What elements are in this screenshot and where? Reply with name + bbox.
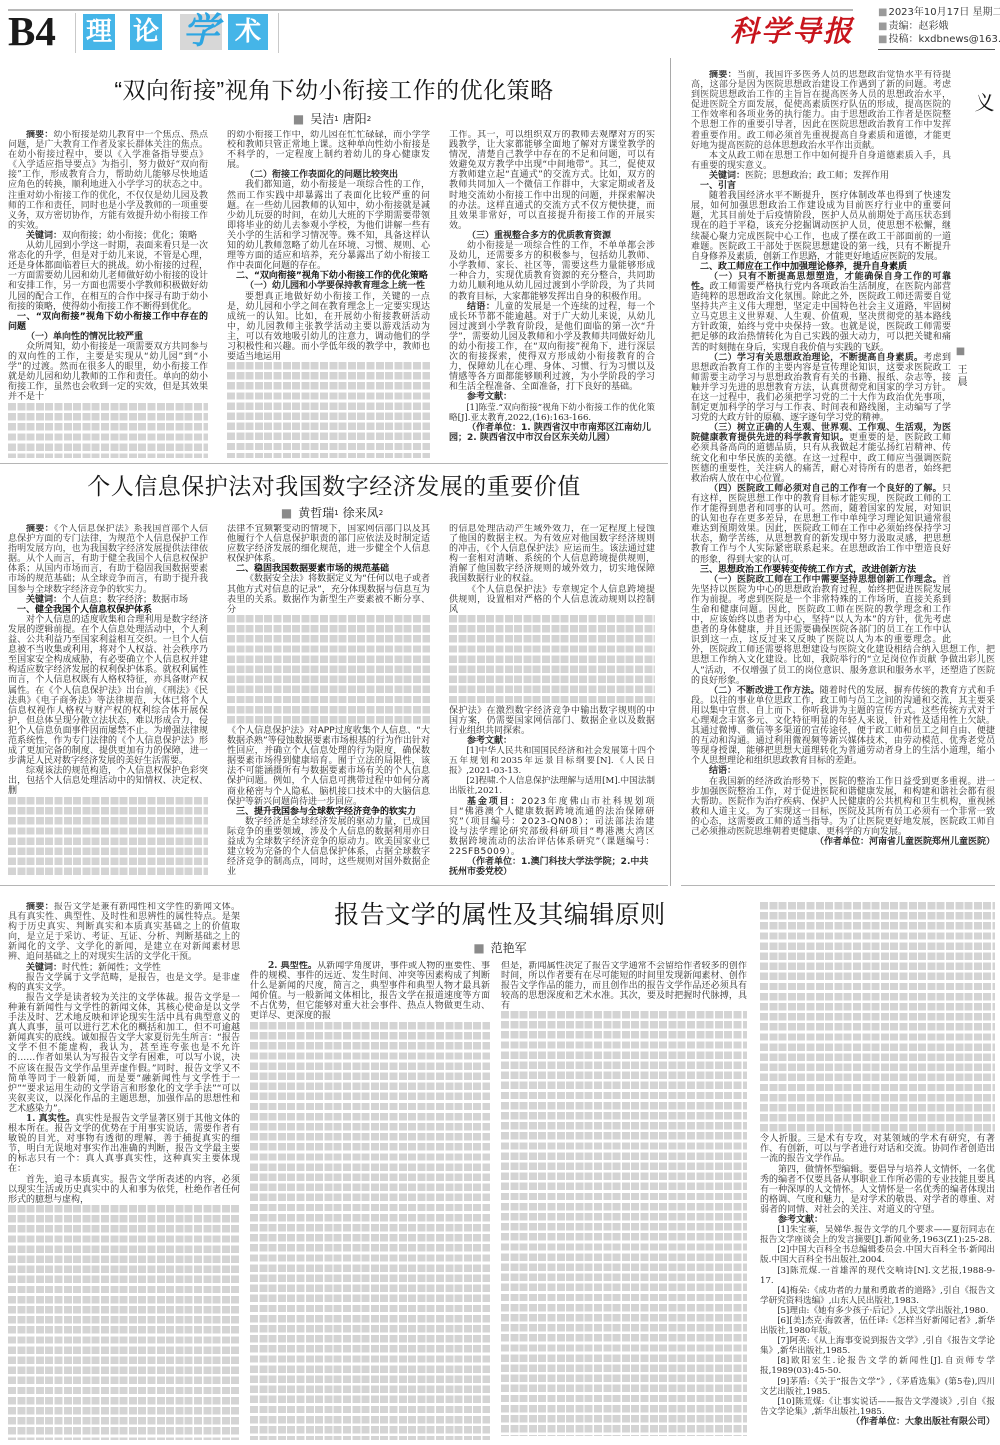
paragraph-text: 政工师需要严格执行党内各项政治生活制度，在医院内部营造纯粹的思想政治文化氛围。除… [691,282,951,353]
editor-credit: ■责编：赵彩娥 [878,20,995,34]
labeled-paragraph: 2. 典型性。从新闻学角度讲，事件或人物的重要性、事件的规模、事件的远近、发生时… [250,961,490,1022]
paragraph-text: （作者单位：1. 陕西省汉中市南郑区江南幼儿园；2. 陕西省汉中市汉台区东关幼儿… [449,423,651,443]
reference-item: [6][美]杰克·海敦著，伍任译:《怎样当好新闻记者》,新华出版社,1980年版… [760,1316,995,1336]
submission-email: ■投稿：kxdbnews@163.com [878,33,995,47]
section-badge-char-stylized: 学 [180,14,222,50]
reference-item: [5]理由:《她有多少孩子·后记》,人民文学出版社,1980. [760,1306,995,1316]
paragraph-text: 三、提升我国参与全球数字经济竞争的软实力 [236,807,416,817]
paragraph-text: 医院；思想政治；政工师；发挥作用 [745,171,889,181]
paragraph-text: （作者单位：大象出版社有限公司） [851,1417,995,1427]
paragraph-text: 本文从政工师在思想工作中如何提升自身道德素质入手，具有重要的现实意义。 [691,151,951,171]
section-heading: 二、“双向衔接”视角下幼小衔接工作的优化策略 [227,271,430,281]
paragraph-label: 摘要： [26,524,54,534]
paragraph-label: （四）医院政工师必须对自己的工作有一个良好的了解。 [709,484,942,494]
paragraph-text: 报告文学是读者较为关注的文学体裁。报告文学是一种兼有新闻性与文学性的新闻文体，其… [8,993,240,1114]
author-name: 吴洁 [310,112,334,126]
body-paragraph-continued: 的信息处理活动产生域外效力，在一定程度上侵蚀了他国的数据主权。为有效应对他国数字… [449,524,655,585]
illegible-text-block [8,1205,240,1440]
references-heading: 参考文献： [449,392,655,402]
paragraph-text: 工作。其一，可以组织双方的教师去观摩对方的实践教学，让大家都能够全面地了解对方课… [449,130,655,231]
author-affiliation-marker: 1 [334,509,338,517]
text-column: 摘要：幼小衔接是幼儿教育中一个焦点、热点问题，是广大教育工作者及家长群体关注的焦… [8,130,208,458]
body-paragraph: 随着我国经济水平不断提升，医疗体制改革也得到了快速发展，如何加强思想政治工作建设… [691,191,995,262]
illegible-text-block [8,403,208,458]
illegible-text-block [227,615,430,726]
body-paragraph-continued: 的幼小衔接工作中，幼儿园在忙忙碌碌，而小学学校和教师只管正常地上课。这种单向性幼… [227,130,430,170]
article-byline: ■ 王晨 [955,346,966,388]
article-hospital-political-work: ■ 王晨 浅谈政工师在医院思想政治工作中不断提升自身素质的意义 摘要：当前，我国… [691,70,995,878]
section-badge-char: 术 [228,14,268,50]
text-column: 但是，新闻属性决定了报告文学通常不会留给作者较多的创作时间，所以作者要有在尽可能… [501,961,747,1440]
paragraph-label: 关键词： [26,963,62,973]
body-paragraph-continued: 法律不宜频繁变动的情境下，国家网信部门以及其他履行个人信息保护职责的部门应依法及… [227,524,430,564]
text-column: 的信息处理活动产生域外效力，在一定程度上侵蚀了他国的数据主权。为有效应对他国数字… [449,524,655,876]
bullet-square-icon: ■ [878,34,887,45]
paragraph-text: 参考文献： [467,736,512,746]
newspaper-page: B4 理 论 学 术 科学导报 ■2023年10月17日 星期二 ■责编：赵彩娥… [0,0,1000,1445]
references-heading: 参考文献： [760,1215,995,1225]
author-affiliation-marker: 2 [379,509,383,517]
article-byline: ■范艳军 [250,941,750,955]
text-column: 摘要：报告文学是兼有新闻性和文学性的新闻文体。具有真实性、典型性、及时性和思辨性… [8,902,240,1440]
keywords: 关键词：时代性；新闻性；文学性 [8,963,240,973]
paragraph-text: 令人折服。三是术有专攻，对某领域的学术有研究，有著作、有创新，可以与学者进行对话… [760,1134,995,1164]
paragraph-text: 随着时代的发展，摒弃传统的教育方式和手段。以往的事业单位思政工作，政工师与员工之… [691,686,995,767]
body-paragraph: 《数据安全法》将数据定义为“任何以电子或者其他方式对信息的记录”，充分体现数据与… [227,574,430,614]
top-rule [8,9,853,11]
author-name: 黄哲瑞 [298,506,334,520]
abstract: 摘要：报告文学是兼有新闻性和文学性的新闻文体。具有真实性、典型性、及时性和思辨性… [8,902,240,963]
paragraph-text: 的幼小衔接工作中，幼儿园在忙忙碌碌，而小学学校和教师只管正常地上课。这种单向性幼… [227,130,430,170]
article-divider [681,885,995,886]
labeled-paragraph: （四）医院政工师必须对自己的工作有一个良好的了解。只有这样，医院思想工作中的教育… [691,484,995,565]
labeled-paragraph: （二）学习有关思想政治理论，不断提高自身素质。考虑到思想政治教育工作的主要内容是… [691,353,995,424]
paragraph-text: 幼小衔接是幼儿教育中一个焦点、热点问题，是广大教育工作者及家长群体关注的焦点。在… [8,130,208,231]
paragraph-text: 真实性是报告文学显著区别于其他文体的根本所在。报告文学的优势在于用事实说话，需要… [8,1114,240,1174]
paragraph-text: [8]欧阳宏生.论报告文学的新闻性[J].自贡师专学报,1989(03):45-… [760,1356,995,1376]
paragraph-text: [9]茅盾:《关于“报告文学”》,《茅盾选集》(第5卷),四川文艺出版社,198… [760,1377,995,1397]
labeled-paragraph: （二）不断改进工作方法。随着时代的发展，摒弃传统的教育方式和手段。以往的事业单位… [691,686,995,767]
paragraph-label: （一）医院政工师在工作中需要坚持思想创新工作理念。 [709,575,942,585]
body-paragraph: 报告文学是读者较为关注的文学体裁。报告文学是一种兼有新闻性与文学性的新闻文体，其… [8,993,240,1114]
author-affiliation-marker: 1 [334,115,338,123]
bullet-square-icon: ■ [281,506,292,520]
article-title: 浅谈政工师在医院思想政治工作中不断提升自身素质的意义 [970,92,995,642]
author-affiliation-marker: 2 [367,115,371,123]
paragraph-label: （二）不断改进工作方法。 [709,686,820,696]
body-paragraph-continued: 但是，新闻属性决定了报告文学通常不会留给作者较多的创作时间，所以作者要有在尽可能… [501,961,747,1011]
paragraph-text: 众所周知，幼小衔接是一项需要双方共同参与的双向性的工作，主要是实现从“幼儿园”到… [8,342,208,402]
labeled-paragraph: （三）树立正确的人生观、世界观、工作观、生活观，为医院健康教育提供先进的科学教育… [691,423,995,484]
paragraph-text: （作者单位：河南省儿童医院郑州儿童医院） [815,837,995,847]
article-byline: ■黄哲瑞1徐来凤2 [0,506,668,520]
paragraph-text: 一、“双向衔接”视角下幼小衔接工作中存在的问题 [8,312,208,332]
conclusion-heading: 结语： [691,766,995,776]
body-paragraph-continued: 保护法》在激烈数字经济竞争中输出数字规则的中国方案，仍需要国家网信部门、数据企业… [449,706,655,736]
paragraph-text: [6][美]杰克·海敦著，伍任译:《怎样当好新闻记者》,新华出版社,1980年版… [760,1316,995,1336]
author-affiliation: （作者单位：大象出版社有限公司） [760,1417,995,1427]
paragraph-text: （三）重视整合多方的优质教育资源 [467,231,611,241]
illegible-text-block [760,902,995,1134]
paragraph-text: 报告文学是兼有新闻性和文学性的新闻文体。具有真实性、典型性、及时性和思辨性的属性… [8,902,240,962]
body-paragraph: 要想真正地做好幼小衔接工作，关键的一点是，幼儿园和小学之间在教育理念上一定要实现… [227,292,430,363]
paragraph-text: （一）幼儿园和小学要保持教育理念上统一性 [245,281,425,291]
paragraph-label: 摘要： [26,902,54,912]
abstract: 摘要：幼小衔接是幼儿教育中一个焦点、热点问题，是广大教育工作者及家长群体关注的焦… [8,130,208,231]
paragraph-text: [1]中华人民共和国国民经济和社会发展第十四个五年规划和2035年远景目标纲要[… [449,746,655,776]
article-title: 个人信息保护法对我国数字经济发展的重要价值 [0,472,668,500]
paragraph-text: 在我国新的经济政治形势下，医院的整治工作日益受到更多重视。进一步加强医院整治工作… [691,777,995,837]
paragraph-text: 二、政工师应在工作中加强理论修养，提升自身素质 [700,262,907,272]
subsection-heading: （一）单向性的情况比较严重 [8,332,208,342]
illegible-text-block [8,797,208,876]
masthead-divider [278,13,279,53]
reference-item: [8]欧阳宏生.论报告文学的新闻性[J].自贡师专学报,1989(03):45-… [760,1356,995,1376]
paragraph-text: 我们都知道，幼小衔接是一项综合性的工作，然而工作实践中却暴露出了表面化比较严重的… [227,180,430,271]
text-column: 摘要：《个人信息保护法》系我国首部个人信息保护方面的专门法律，为规范个人信息保护… [8,524,208,876]
paragraph-label: （二）学习有关思想政治理论，不断提高自身素质。 [709,353,923,363]
bullet-square-icon: ■ [955,346,966,359]
reference-item: [10]陈荒煤:《让事实说话——报告文学漫谈》,引自《报告文学论集》,新华出版社… [760,1397,995,1417]
paragraph-text: 但是，新闻属性决定了报告文学通常不会留给作者较多的创作时间，所以作者要有在尽可能… [501,961,747,1011]
paragraph-text: 首先，追寻本质真实。报告文学所表述的内容，必须以现实生活或历史真实中的人和事为依… [8,1175,240,1205]
labeled-paragraph: 结语：儿童的发展是一个连续的过程，每一个成长环节都不能逾越。对于广大幼儿来说，从… [449,302,655,393]
section-heading: 一、“双向衔接”视角下幼小衔接工作中存在的问题 [8,312,208,332]
reference-item: [4]梅朵:《成功者的力量和勇敢者的道路》,引自《报告文学研究资料选编》,山东人… [760,1286,995,1306]
article-divider [0,885,668,886]
paragraph-text: 对个人信息的适度收集和合理利用是数字经济发展的逻辑前提。在个人信息处理活动中，个… [8,615,208,766]
section-heading: 二、稳固我国数据要素市场的规范基础 [227,564,430,574]
paragraph-text: 一、引言 [700,181,736,191]
body-paragraph: 《个人信息保护法》专章规定个人信息跨境提供规则，设置相对严格的个人信息流动规则以… [449,585,655,615]
labeled-paragraph: 1. 真实性。真实性是报告文学显著区别于其他文体的根本所在。报告文学的优势在于用… [8,1114,240,1175]
body-paragraph: 数字经济是全球经济发展的驱动力量，已成国际竞争的重要领域，涉及个人信息的数据利用… [227,817,430,876]
text-column: 工作。其一，可以组织双方的教师去观摩对方的实践教学，让大家都能够全面地了解对方课… [449,130,655,458]
reference-item: [3]陈荒煤.一首雄浑的现代交响诗[N].文艺报,1988-9-17. [760,1266,995,1286]
paragraph-text: （一）单向性的情况比较严重 [26,332,143,342]
bullet-square-icon: ■ [293,112,304,126]
section-heading: 一、引言 [691,181,995,191]
paragraph-text: （二）衔接工作表面化的问题比较突出 [245,170,398,180]
reference-item: [9]茅盾:《关于“报告文学”》,《茅盾选集》(第5卷),四川文艺出版社,198… [760,1377,995,1397]
paragraph-text: 时代性；新闻性；文学性 [62,963,161,973]
paragraph-text: [4]梅朵:《成功者的力量和勇敢者的道路》,引自《报告文学研究资料选编》,山东人… [760,1286,995,1306]
paragraph-text: [2]程啸.个人信息保护法理解与适用[M].中国法制出版社,2021. [449,776,655,796]
issue-date: ■2023年10月17日 星期二 [878,6,995,20]
body-paragraph: 在我国新的经济政治形势下，医院的整治工作日益受到更多重视。进一步加强医院整治工作… [691,777,995,838]
reference-item: [2]中国大百科全书总编辑委员会.中国大百科全书·新闻出版.中国大百科全书出版社… [760,1245,995,1265]
reference-item: [1]陈莹.“双向衔接”视角下幼小衔接工作的优化策略[J].亚太教育,2022,… [449,403,655,423]
section-heading: 三、思想政治工作要转变传统工作方式，改进创新方法 [691,565,995,575]
paragraph-text: [3]陈荒煤.一首雄浑的现代交响诗[N].文艺报,1988-9-17. [760,1266,995,1286]
paragraph-text: 数字经济是全球经济发展的驱动力量，已成国际竞争的重要领域，涉及个人信息的数据利用… [227,817,430,876]
paragraph-label: 2. 典型性。 [268,961,317,971]
references-heading: 参考文献： [449,736,655,746]
subsection-heading: （三）重视整合多方的优质教育资源 [449,231,655,241]
paragraph-text: 当前，我国许多医务人员的思想政治觉悟水平有待提高，这部分是因为医院思想政治建设工… [691,70,951,151]
paragraph-text: 报告文学属于文学范畴，是报告，也是文学。是非虚构的真实文学。 [8,973,240,993]
issue-info: ■2023年10月17日 星期二 ■责编：赵彩娥 ■投稿：kxdbnews@16… [878,6,995,50]
paragraph-text: 《个人信息保护法》专章规定个人信息跨境提供规则，设置相对严格的个人信息流动规则以… [449,585,655,615]
author-name: 王晨 [955,364,966,388]
keywords: 关键词：个人信息；数字经济；数据市场 [8,595,208,605]
section-heading: 一、健全我国个人信息权保护体系 [8,605,208,615]
article-byline: ■吴洁1唐阳2 [0,112,668,126]
paragraph-text: 法律不宜频繁变动的情境下，国家网信部门以及其他履行个人信息保护职责的部门应依法及… [227,524,430,564]
body-paragraph: 综观该法的规范构造，个人信息权保护色彩突出，包括个人信息处理活动中的知情权、决定… [8,766,208,796]
body-paragraph: 从幼儿园到小学这一时期，表面来看只是一次常态化的升学，但是对于幼儿来说，不管是心… [8,241,208,312]
text-column: 令人折服。三是术有专攻，对某领域的学术有研究，有著作、有创新，可以与学者进行对话… [760,902,995,1440]
body-paragraph: 对个人信息的适度收集和合理利用是数字经济发展的逻辑前提。在个人信息处理活动中，个… [8,615,208,766]
body-paragraph-continued: 《个人信息保护法》对APP过度收集个人信息、“大数据杀熟”等侵蚀数据要素市场根基… [227,726,430,807]
paragraph-text: 考虑到思想政治教育工作的主要内容是宣传理论知识，这要求医院政工师需要主动学习与思… [691,353,951,424]
paragraph-text: 第四，做情怀型编辑。要倡导与培养人文情怀，一名优秀的编者不仅要具备从事职业工作所… [760,1165,995,1215]
abstract: 摘要：《个人信息保护法》系我国首部个人信息保护方面的专门法律，为规范个人信息保护… [8,524,208,595]
paragraph-text: 一、健全我国个人信息权保护体系 [17,605,152,615]
paragraph-text: 二、“双向衔接”视角下幼小衔接工作的优化策略 [236,271,428,281]
abstract: 摘要：当前，我国许多医务人员的思想政治觉悟水平有待提高，这部分是因为医院思想政治… [691,70,995,151]
labeled-paragraph: （一）只有不断提高思想塑造，才能确保自身工作的可靠性。政工师需要严格执行党内各项… [691,272,995,353]
illegible-text-block [250,1022,490,1440]
paragraph-text: 《个人信息保护法》对APP过度收集个人信息、“大数据杀熟”等侵蚀数据要素市场根基… [227,726,430,807]
bullet-square-icon: ■ [878,21,887,32]
article-title: “双向衔接”视角下幼小衔接工作的优化策略 [0,76,668,104]
paragraph-text: 《个人信息保护法》系我国首部个人信息保护方面的专门法律，为规范个人信息保护工作指… [8,524,208,595]
body-paragraph: 幼小衔接是一项综合性的工作，不单单都会涉及幼儿，还需要多方的积极参与，包括幼儿教… [449,241,655,302]
paragraph-text: [5]理由:《她有多少孩子·后记》,人民文学出版社,1980. [777,1306,988,1316]
paragraph-text: 个人信息；数字经济；数据市场 [62,595,188,605]
body-paragraph: 我们都知道，幼小衔接是一项综合性的工作，然而工作实践中却暴露出了表面化比较严重的… [227,180,430,271]
author-affiliation: （作者单位：1.澳门科技大学法学院；2.中共抚州市委党校） [449,857,655,876]
paragraph-text: 参考文献： [778,1215,823,1225]
text-column: 法律不宜频繁变动的情境下，国家网信部门以及其他履行个人信息保护职责的部门应依法及… [227,524,430,876]
section-badge-char: 理 [83,14,115,50]
reference-item: [1]朱宝蓁，吴娣华.报告文学的几个要求——夏衍同志在报告文学座谈会上的发言摘要… [760,1225,995,1245]
paragraph-text: 双向衔接；幼小衔接；优化；策略 [62,231,197,241]
keywords: 关键词：双向衔接；幼小衔接；优化；策略 [8,231,208,241]
paragraph-text: 参考文献： [467,392,512,402]
masthead-divider [75,13,76,53]
author-name: 范艳军 [491,941,527,955]
paragraph-text: 保护法》在激烈数字经济竞争中输出数字规则的中国方案，仍需要国家网信部门、数据企业… [449,706,655,736]
subsection-heading: （二）衔接工作表面化的问题比较突出 [227,170,430,180]
paragraph-label: 摘要： [709,70,737,80]
subsection-heading: （一）幼儿园和小学要保持教育理念上统一性 [227,281,430,291]
article-title: 报告文学的属性及其编辑原则 [250,899,750,931]
paragraph-text: （作者单位：1.澳门科技大学法学院；2.中共抚州市委党校） [449,857,648,876]
paragraph-label: 关键词： [709,171,745,181]
text-column: 2. 典型性。从新闻学角度讲，事件或人物的重要性、事件的规模、事件的远近、发生时… [250,961,490,1440]
funding-note: 基金项目：2023年度佛山市社科规划项目“佛港澳个人健康数据跨境流通的法治保障研… [449,797,655,858]
paragraph-text: 首先坚持以医院为中心的思想政治教育过程，始终把促进医院发展作为前提。考虑到医院是… [691,575,995,686]
column-divider-vertical [670,58,671,886]
labeled-paragraph: （一）医院政工师在工作中需要坚持思想创新工作理念。首先坚持以医院为中心的思想政治… [691,575,995,686]
paragraph-text: 从幼儿园到小学这一时期，表面来看只是一次常态化的升学，但是对于幼儿来说，不管是心… [8,241,208,312]
paragraph-text: 随着我国经济水平不断提升，医疗体制改革也得到了快速发展，如何加强思想政治工作建设… [691,191,951,262]
paragraph-text: 从新闻学角度讲，事件或人物的重要性、事件的规模、事件的远近、发生时间、冲突等因素… [250,961,490,1021]
paragraph-label: 基金项目： [467,797,521,807]
text-column: 的幼小衔接工作中，幼儿园在忙忙碌碌，而小学学校和教师只管正常地上课。这种单向性幼… [227,130,430,458]
illegible-text-block [501,1011,747,1435]
paragraph-text: [1]陈莹.“双向衔接”视角下幼小衔接工作的优化策略[J].亚太教育,2022,… [449,403,655,423]
author-name: 徐来凤 [343,506,379,520]
section-heading: 三、提升我国参与全球数字经济竞争的软实力 [227,807,430,817]
section-heading: 二、政工师应在工作中加强理论修养，提升自身素质 [691,262,995,272]
page-number: B4 [8,9,56,53]
abstract: 本文从政工师在思想工作中如何提升自身道德素质入手，具有重要的现实意义。 [691,151,995,171]
vertical-title-block: ■ 王晨 浅谈政工师在医院思想政治工作中不断提升自身素质的意义 [951,70,995,642]
section-badge-char: 论 [130,14,162,50]
paragraph-label: 结语： [467,302,495,312]
paragraph-text: 《数据安全法》将数据定义为“任何以电子或者其他方式对信息的记录”，充分体现数据与… [227,574,430,614]
paragraph-text: 儿童的发展是一个连续的过程，每一个成长环节都不能逾越。对于广大幼儿来说，从幼儿园… [449,302,655,393]
bullet-square-icon: ■ [473,941,484,955]
author-name: 唐阳 [343,112,367,126]
illegible-text-block [449,615,655,706]
paragraph-text: 二、稳固我国数据要素市场的规范基础 [236,564,389,574]
paragraph-text: 综观该法的规范构造，个人信息权保护色彩突出，包括个人信息处理活动中的知情权、决定… [8,766,208,796]
illegible-text-block [227,362,430,458]
paragraph-label: 关键词： [26,231,62,241]
body-paragraph-continued: 令人折服。三是术有专攻，对某领域的学术有研究，有著作、有创新，可以与学者进行对话… [760,1134,995,1164]
keywords: 关键词：医院；思想政治；政工师；发挥作用 [691,171,995,181]
author-affiliation: （作者单位：河南省儿童医院郑州儿童医院） [691,837,995,847]
paragraph-text: [10]陈荒煤:《让事实说话——报告文学漫谈》,引自《报告文学论集》,新华出版社… [760,1397,995,1417]
reference-item: [1]中华人民共和国国民经济和社会发展第十四个五年规划和2035年远景目标纲要[… [449,746,655,776]
body-paragraph: 第四，做情怀型编辑。要倡导与培养人文情怀，一名优秀的编者不仅要具备从事职业工作所… [760,1165,995,1215]
reference-item: [2]程啸.个人信息保护法理解与适用[M].中国法制出版社,2021. [449,776,655,796]
paragraph-text: 结语： [709,766,736,776]
paragraph-text: 要想真正地做好幼小衔接工作，关键的一点是，幼儿园和小学之间在教育理念上一定要实现… [227,292,430,363]
body-paragraph: 报告文学属于文学范畴，是报告，也是文学。是非虚构的真实文学。 [8,973,240,993]
body-paragraph: 首先，追寻本质真实。报告文学所表述的内容，必须以现实生活或历史真实中的人和事为依… [8,1175,240,1205]
paragraph-text: 的信息处理活动产生域外效力，在一定程度上侵蚀了他国的数据主权。为有效应对他国数字… [449,524,655,584]
paragraph-text: [1]朱宝蓁，吴娣华.报告文学的几个要求——夏衍同志在报告文学座谈会上的发言摘要… [760,1225,995,1245]
paragraph-text: [2]中国大百科全书总编辑委员会.中国大百科全书·新闻出版.中国大百科全书出版社… [760,1245,995,1265]
reference-item: [7]阿英:《从上海事变说到报告文学》,引自《报告文学论集》,新华出版社,198… [760,1336,995,1356]
paragraph-label: 1. 真实性。 [26,1114,75,1124]
body-paragraph-continued: 工作。其一，可以组织双方的教师去观摩对方的实践教学，让大家都能够全面地了解对方课… [449,130,655,231]
author-affiliation: （作者单位：1. 陕西省汉中市南郑区江南幼儿园；2. 陕西省汉中市汉台区东关幼儿… [449,423,655,443]
newspaper-logo: 科学导报 [730,14,855,50]
body-paragraph: 众所周知，幼小衔接是一项需要双方共同参与的双向性的工作，主要是实现从“幼儿园”到… [8,342,208,403]
article-divider [0,463,668,464]
paragraph-text: [7]阿英:《从上海事变说到报告文学》,引自《报告文学论集》,新华出版社,198… [760,1336,995,1356]
paragraph-text: 三、思想政治工作要转变传统工作方式，改进创新方法 [700,565,916,575]
paragraph-label: 摘要： [26,130,53,140]
paragraph-text: 只有这样，医院思想工作中的教育目标才能实现，医院政工师的工作才能得到患者和同事的… [691,484,951,565]
paragraph-text: 幼小衔接是一项综合性的工作，不单单都会涉及幼儿，还需要多方的积极参与，包括幼儿教… [449,241,655,301]
paragraph-label: 关键词： [26,595,62,605]
bullet-square-icon: ■ [878,7,887,18]
